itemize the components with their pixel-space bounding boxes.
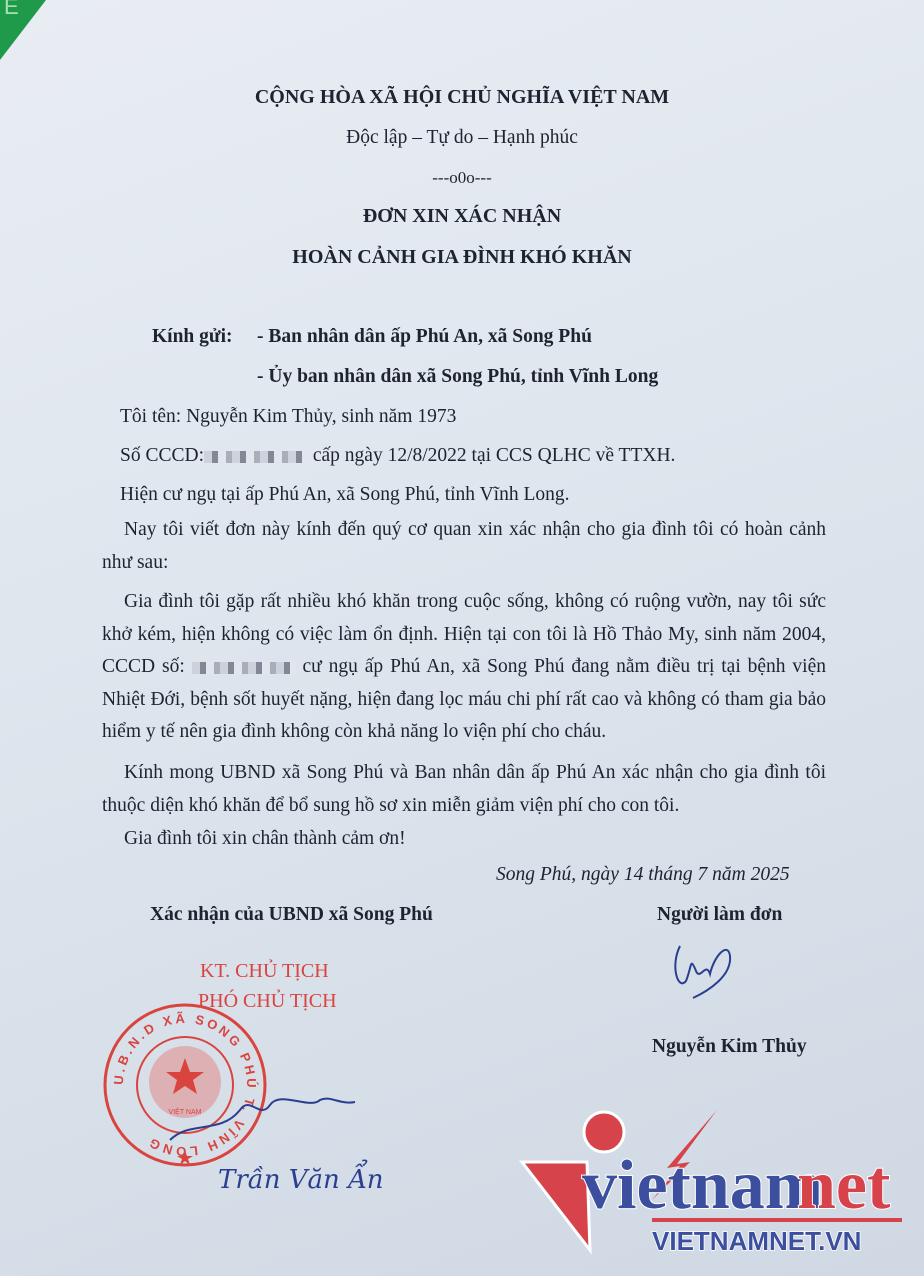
applicant-id-line: Số CCCD: cấp ngày 12/8/2022 tại CCS QLHC… bbox=[120, 445, 675, 467]
vietnamnet-logo-icon: vietnam net VIETNAMNET.VN bbox=[512, 1100, 912, 1260]
vietnamnet-watermark: vietnam net VIETNAMNET.VN bbox=[512, 1100, 912, 1260]
recipient-2: - Ủy ban nhân dân xã Song Phú, tỉnh Vĩnh… bbox=[257, 366, 658, 388]
situation-paragraph: Gia đình tôi gặp rất nhiều khó khăn tron… bbox=[102, 586, 826, 749]
id-suffix: cấp ngày 12/8/2022 tại CCS QLHC về TTXH. bbox=[313, 445, 676, 466]
svg-text:vietnam: vietnam bbox=[582, 1147, 823, 1224]
applicant-signature bbox=[668, 936, 748, 1006]
official-signer-name: Trần Văn Ẩn bbox=[218, 1165, 384, 1195]
national-title: CỘNG HÒA XÃ HỘI CHỦ NGHĨA VIỆT NAM bbox=[0, 86, 924, 109]
thanks-line: Gia đình tôi xin chân thành cảm ơn! bbox=[124, 828, 406, 850]
redacted-id bbox=[204, 451, 308, 463]
recipients-label: Kính gửi: bbox=[152, 326, 233, 348]
national-motto: Độc lập – Tự do – Hạnh phúc bbox=[0, 127, 924, 149]
svg-text:VIETNAMNET.VN: VIETNAMNET.VN bbox=[652, 1226, 861, 1256]
intro-paragraph: Nay tôi viết đơn này kính đến quý cơ qua… bbox=[102, 514, 826, 579]
applicant-heading: Người làm đơn bbox=[657, 904, 782, 926]
svg-text:net: net bbox=[797, 1147, 890, 1224]
separator: ---o0o--- bbox=[0, 168, 924, 188]
official-signature-mark bbox=[160, 1080, 360, 1150]
redacted-child-id bbox=[192, 662, 296, 674]
applicant-signer-name: Nguyễn Kim Thủy bbox=[652, 1036, 807, 1058]
date-line: Song Phú, ngày 14 tháng 7 năm 2025 bbox=[496, 864, 790, 886]
applicant-name-line: Tôi tên: Nguyễn Kim Thủy, sinh năm 1973 bbox=[120, 406, 456, 428]
applicant-residence: Hiện cư ngụ tại ấp Phú An, xã Song Phú, … bbox=[120, 484, 570, 506]
request-paragraph: Kính mong UBND xã Song Phú và Ban nhân d… bbox=[102, 757, 826, 822]
stamp-title-1: KT. CHỦ TỊCH bbox=[200, 960, 329, 983]
recipient-1: - Ban nhân dân ấp Phú An, xã Song Phú bbox=[257, 326, 592, 348]
id-label: Số CCCD: bbox=[120, 445, 204, 466]
document-title-2: HOÀN CẢNH GIA ĐÌNH KHÓ KHĂN bbox=[0, 246, 924, 269]
document-title-1: ĐƠN XIN XÁC NHẬN bbox=[0, 205, 924, 228]
confirmation-heading: Xác nhận của UBND xã Song Phú bbox=[150, 904, 433, 926]
document-page: CỘNG HÒA XÃ HỘI CHỦ NGHĨA VIỆT NAM Độc l… bbox=[0, 0, 924, 1276]
